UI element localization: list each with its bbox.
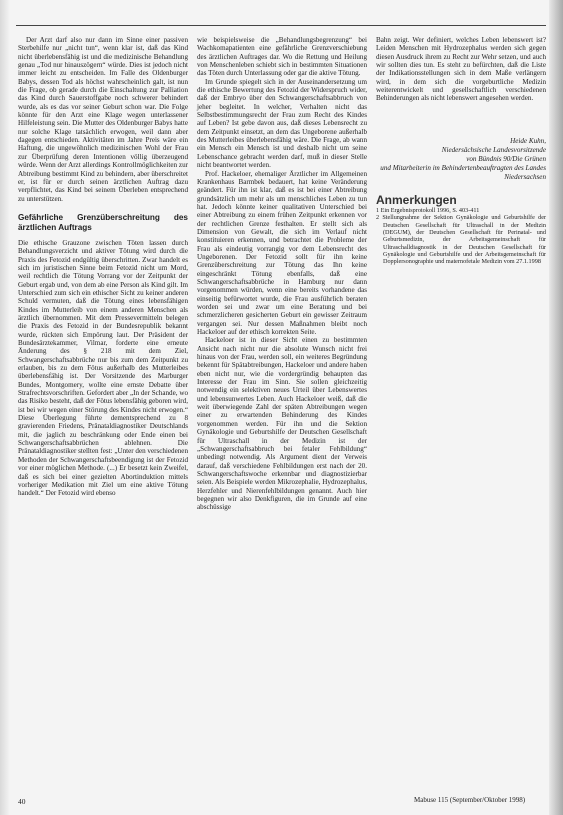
paragraph: Der Arzt darf also nur dann im Sinne ein… xyxy=(18,36,188,203)
scan-left-edge-shadow xyxy=(0,0,10,815)
scan-right-edge-shadow xyxy=(549,0,563,815)
issue-footer: Mabuse 115 (September/Oktober 1998) xyxy=(414,796,525,804)
header-rule xyxy=(16,25,546,26)
notes-heading: Anmerkungen xyxy=(376,196,546,204)
footnote: 2 Stellungnahme der Sektion Gynäkologie … xyxy=(376,214,546,265)
paragraph: Prof. Hackeloer, ehemaliger Ärztlicher i… xyxy=(197,170,367,337)
paragraph: Die ethische Grauzone zwischen Töten las… xyxy=(18,239,188,498)
text-column-1: Der Arzt darf also nur dann im Sinne ein… xyxy=(18,36,188,498)
footnote: 1 Ein Ergebnisprotokoll 1996, S. 403-411 xyxy=(376,207,546,214)
author-role: Niedersächsische Landesvorsitzende xyxy=(376,146,546,155)
footnotes: 1 Ein Ergebnisprotokoll 1996, S. 403-411… xyxy=(376,207,546,265)
paragraph: Im Grunde spiegelt sich in der Auseinand… xyxy=(197,78,367,170)
author-role: und Mitarbeiterin im Behindertenbeauftra… xyxy=(376,164,546,182)
paragraph: Hackeloer ist in dieser Sicht einen zu b… xyxy=(197,336,367,511)
author-signature: Heide Kuhn, Niedersächsische Landesvorsi… xyxy=(376,137,546,182)
section-heading: Gefährliche Grenzüberschreitung des ärzt… xyxy=(18,213,188,233)
page-number: 40 xyxy=(18,797,26,806)
paragraph: wie beispielsweise die „Behandlungsbegre… xyxy=(197,36,367,78)
text-column-3: Bahn zeigt. Wer definiert, welches Leben… xyxy=(376,36,546,265)
text-column-2: wie beispielsweise die „Behandlungsbegre… xyxy=(197,36,367,512)
paragraph: Bahn zeigt. Wer definiert, welches Leben… xyxy=(376,36,546,103)
author-name: Heide Kuhn, xyxy=(376,137,546,146)
author-role: von Bündnis 90/Die Grünen xyxy=(376,155,546,164)
